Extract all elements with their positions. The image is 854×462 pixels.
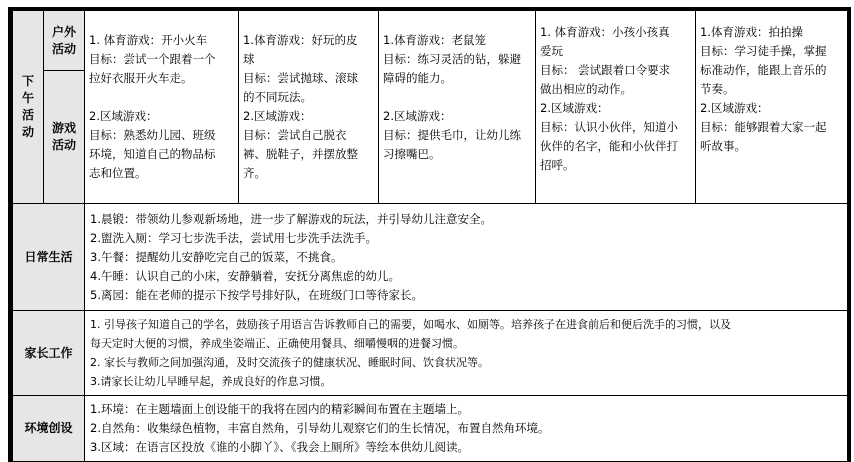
parent-work-item: 3.请家长让幼儿早睡早起，养成良好的作息习惯。 [90, 372, 842, 391]
activity-line: 习擦嘴巴。 [383, 145, 531, 164]
activity-line: 1. 体育游戏：开小火车 [89, 31, 234, 50]
header-text: 户外 [48, 24, 80, 41]
activity-line: 障碍的能力。 [383, 69, 531, 88]
daily-life-item: 1.晨锻：带领幼儿参观新场地，进一步了解游戏的玩法，并引导幼儿注意安全。 [90, 210, 842, 229]
header-text: 活动 [48, 41, 80, 58]
daily-life-item: 3.午餐：提醒幼儿安静吃完自己的饭菜，不挑食。 [90, 248, 842, 267]
activity-line: 目标：尝试一个跟着一个 [89, 50, 234, 69]
daily-life-content: 1.晨锻：带领幼儿参观新场地，进一步了解游戏的玩法，并引导幼儿注意安全。 2.盥… [85, 204, 848, 311]
environment-item: 2.自然角：收集绿色植物，丰富自然角，引导幼儿观察它们的生长情况，布置自然角环境… [90, 419, 842, 438]
afternoon-day-3: 1.体育游戏：老鼠笼 目标：练习灵活的钻，躲避 障碍的能力。 2.区域游戏： 目… [379, 11, 536, 204]
parent-work-content: 1. 引导孩子知道自己的学名，鼓励孩子用语言告诉教师自己的需要，如喝水、如厕等。… [85, 311, 848, 396]
daily-life-item: 4.午睡：认识自己的小床，安静躺着，安抚分离焦虑的幼儿。 [90, 267, 842, 286]
activity-line: 1.体育游戏：拍拍操 [700, 23, 843, 42]
activity-line: 伙伴的名字，能和小伙伴打 [540, 137, 691, 156]
activity-line: 目标：学习徒手操，掌握 [700, 42, 843, 61]
activity-line: 2.区域游戏： [243, 107, 374, 126]
activity-line: 目标：尝试抛球、滚球 [243, 69, 374, 88]
activity-line: 1.体育游戏：老鼠笼 [383, 31, 531, 50]
activity-line: 齐。 [243, 164, 374, 183]
activity-line: 拉好衣服开火车走。 [89, 69, 234, 88]
activity-line: 球 [243, 50, 374, 69]
daily-life-item: 2.盥洗入厕：学习七步洗手法，尝试用七步洗手法洗手。 [90, 229, 842, 248]
activity-line: 目标：认识小伙伴，知道小 [540, 118, 691, 137]
header-text: 活动 [48, 137, 80, 154]
environment-item: 1.环境：在主题墙面上创设能干的我将在园内的精彩瞬间布置在主题墙上。 [90, 400, 842, 419]
activity-line: 2.区域游戏： [540, 99, 691, 118]
afternoon-day-1: 1. 体育游戏：开小火车 目标：尝试一个跟着一个 拉好衣服开火车走。 2.区域游… [85, 11, 239, 204]
environment-header: 环境创设 [13, 396, 85, 462]
afternoon-outdoor-row: 下 午 活 动 户外 活动 1. 体育游戏：开小火车 目标：尝试一个跟着一个 拉… [13, 11, 848, 71]
header-char: 动 [15, 124, 41, 141]
daily-life-header: 日常生活 [13, 204, 85, 311]
afternoon-activities-header: 下 午 活 动 [13, 11, 44, 204]
outdoor-activities-header: 户外 活动 [44, 11, 85, 71]
activity-line: 招呼。 [540, 156, 691, 175]
header-text: 游戏 [48, 120, 80, 137]
afternoon-day-4: 1. 体育游戏：小孩小孩真 爱玩 目标： 尝试跟着口令要求 做出相应的动作。 2… [536, 11, 696, 204]
activity-line: 目标：尝试自己脱衣 [243, 126, 374, 145]
activity-line: 2.区域游戏： [89, 107, 234, 126]
activity-line: 志和位置。 [89, 164, 234, 183]
activity-line: 的不同玩法。 [243, 88, 374, 107]
activity-line: 1. 体育游戏：小孩小孩真 [540, 23, 691, 42]
activity-line: 目标：练习灵活的钻，躲避 [383, 50, 531, 69]
activity-line: 1.体育游戏：好玩的皮 [243, 31, 374, 50]
activity-line: 目标：能够跟着大家一起 [700, 118, 843, 137]
activity-line: 听故事。 [700, 137, 843, 156]
activity-line: 环境，知道自己的物品标 [89, 145, 234, 164]
activity-line: 目标：提供毛巾，让幼儿练 [383, 126, 531, 145]
afternoon-day-2: 1.体育游戏：好玩的皮 球 目标：尝试抛球、滚球 的不同玩法。 2.区域游戏： … [239, 11, 379, 204]
activity-line: 目标：熟悉幼儿园、班级 [89, 126, 234, 145]
activity-line: 做出相应的动作。 [540, 80, 691, 99]
parent-work-header: 家长工作 [13, 311, 85, 396]
parent-work-row: 家长工作 1. 引导孩子知道自己的学名，鼓励孩子用语言告诉教师自己的需要，如喝水… [13, 311, 848, 396]
environment-row: 环境创设 1.环境：在主题墙面上创设能干的我将在园内的精彩瞬间布置在主题墙上。 … [13, 396, 848, 462]
environment-item: 3.区域：在语言区投放《谁的小脚丫》、《我会上厕所》等绘本供幼儿阅读。 [90, 438, 842, 457]
activity-line [383, 88, 531, 107]
activity-line: 裤、脱鞋子，并摆放整 [243, 145, 374, 164]
weekly-plan-table: 下 午 活 动 户外 活动 1. 体育游戏：开小火车 目标：尝试一个跟着一个 拉… [12, 10, 848, 462]
parent-work-item: 1. 引导孩子知道自己的学名，鼓励孩子用语言告诉教师自己的需要，如喝水、如厕等。… [90, 315, 842, 334]
parent-work-item: 2. 家长与教师之间加强沟通，及时交流孩子的健康状况、睡眠时间、饮食状况等。 [90, 353, 842, 372]
daily-life-row: 日常生活 1.晨锻：带领幼儿参观新场地，进一步了解游戏的玩法，并引导幼儿注意安全… [13, 204, 848, 311]
activity-line: 目标： 尝试跟着口令要求 [540, 61, 691, 80]
activity-line: 爱玩 [540, 42, 691, 61]
activity-line [89, 88, 234, 107]
activity-line: 节奏。 [700, 80, 843, 99]
activity-line: 标准动作，能跟上音乐的 [700, 61, 843, 80]
header-char: 午 [15, 90, 41, 107]
header-char: 下 [15, 73, 41, 90]
environment-content: 1.环境：在主题墙面上创设能干的我将在园内的精彩瞬间布置在主题墙上。 2.自然角… [85, 396, 848, 462]
game-activities-header: 游戏 活动 [44, 71, 85, 204]
afternoon-day-5: 1.体育游戏：拍拍操 目标：学习徒手操，掌握 标准动作，能跟上音乐的 节奏。 2… [696, 11, 848, 204]
header-char: 活 [15, 107, 41, 124]
activity-line: 2.区域游戏： [383, 107, 531, 126]
daily-life-item: 5.离园：能在老师的提示下按学号排好队，在班级门口等待家长。 [90, 286, 842, 305]
activity-line: 2.区域游戏： [700, 99, 843, 118]
parent-work-item: 每天定时大便的习惯，养成坐姿端正、正确使用餐具、细嚼慢咽的进餐习惯。 [90, 334, 842, 353]
